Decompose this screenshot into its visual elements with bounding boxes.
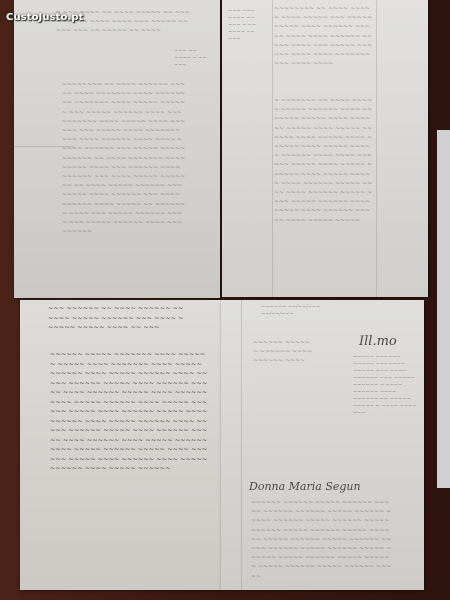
page-body-text: ~ ~~~~~~~ ~~ ~~~~ ~~~~~ ~~~~~ ~~~~~~ ~~~…: [274, 96, 374, 291]
salutation-script: Donna Maria Segun: [249, 480, 361, 493]
date-note: ~~~~~~ ~~/~~/~~~ ~~/~~/~~~: [261, 304, 341, 318]
manuscript-page-bottom-left: ~~~ ~~~~~~ ~~ ~~~~ ~~~~~~ ~~ ~~~~ ~~~~~ …: [20, 300, 221, 590]
page-header-text: ~~~ ~~~~~~ ~~ ~~~~ ~~~~~~ ~~ ~~~~ ~~~~~ …: [48, 304, 208, 333]
margin-note: ~~~ ~~~ ~~~~ ~~ ~~~ ~ ~~ ~~~~ ~~ ~~~: [228, 8, 268, 43]
right-column-text: ~~~~~ ~~~~~~ ~~~~~ ~~~~~~~ ~~~~~ ~~~ ~~~…: [353, 354, 421, 417]
manuscript-page-top-right: ~~~ ~~~ ~~~~ ~~ ~~~ ~ ~~ ~~~~ ~~ ~~~ ~~~…: [222, 0, 428, 297]
partial-paper-sheet: [437, 130, 450, 488]
title-script: Ill.mo: [359, 334, 397, 349]
left-column-text: ~~~~~~ ~~~~~~ ~~~~~~ ~~~~ ~~~~~~ ~~~~: [253, 338, 313, 368]
fold-line: [241, 300, 242, 590]
page-header-text: ~~~~~~~~ ~~ ~~~~ ~~~~~ ~~~~ ~~~~~ ~~~ ~~…: [274, 4, 374, 84]
margin-note: ~~~ ~~ ~~~~ ~ ~~ ~~~: [174, 48, 214, 69]
page-body-text: ~~~~~~ ~~~~~~ ~~~~~ ~~~~~~ ~~~~~ ~~~~~~ …: [251, 498, 393, 588]
manuscript-page-bottom-right: ~~~~~~ ~~/~~/~~~ ~~/~~/~~~ ~~~~~~ ~~~~~~…: [221, 300, 424, 590]
page-body-text: ~~~~~~~~ ~~ ~~~~ ~~~~~~ ~~~~~ ~~~~ ~~~~~…: [62, 80, 187, 270]
fold-line: [272, 0, 273, 297]
fold-line: [376, 0, 377, 297]
manuscript-page-top-left: ~ ~~~ ~~~~ ~~ ~~~~ ~~~~~ ~~ ~~~ ~~~~ ~~ …: [14, 0, 220, 298]
fold-line: [14, 146, 74, 147]
page-body-text: ~~~~~~ ~~~~~ ~~~~~~~ ~~~~ ~~~~~~ ~~~~~ ~…: [50, 350, 208, 565]
watermark-logo: CustoJusto.pt: [6, 12, 84, 23]
